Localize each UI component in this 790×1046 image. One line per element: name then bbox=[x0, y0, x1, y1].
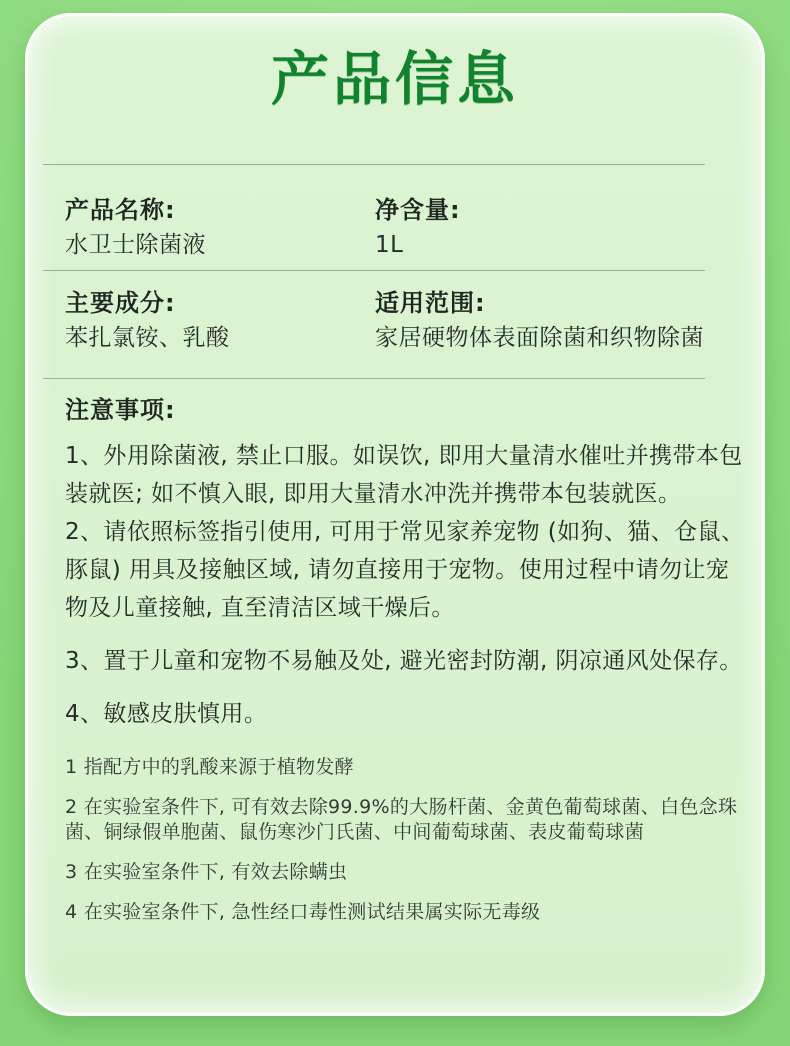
net-content-value: 1L bbox=[375, 228, 745, 263]
precaution-item-3: 3、置于儿童和宠物不易触及处, 避光密封防潮, 阴凉通风处保存。 bbox=[65, 642, 747, 680]
footnote-2: 2 在实验室条件下, 可有效去除99.9%的大肠杆菌、金黄色葡萄球菌、白色念珠菌… bbox=[65, 795, 745, 845]
footnote-1: 1 指配方中的乳酸来源于植物发酵 bbox=[65, 755, 745, 780]
product-name-label: 产品名称: bbox=[65, 193, 375, 228]
spec-main-ingredients: 主要成分: 苯扎氯铵、乳酸 bbox=[65, 286, 375, 356]
divider-middle bbox=[43, 270, 705, 271]
spec-applicable-scope: 适用范围: 家居硬物体表面除菌和织物除菌 bbox=[375, 286, 745, 356]
main-ingredients-value: 苯扎氯铵、乳酸 bbox=[65, 321, 375, 356]
precautions-list: 1、外用除菌液, 禁止口服。如误饮, 即用大量清水催吐并携带本包装就医; 如不慎… bbox=[65, 437, 747, 733]
footnote-4: 4 在实验室条件下, 急性经口毒性测试结果属实际无毒级 bbox=[65, 900, 745, 925]
page-title: 产品信息 bbox=[25, 43, 765, 115]
page-background: 产品信息 产品名称: 水卫士除菌液 净含量: 1L 主要成分: 苯扎氯铵、乳酸 … bbox=[0, 0, 790, 1046]
product-name-value: 水卫士除菌液 bbox=[65, 228, 375, 263]
applicable-scope-value: 家居硬物体表面除菌和织物除菌 bbox=[375, 321, 745, 356]
net-content-label: 净含量: bbox=[375, 193, 745, 228]
footnote-3: 3 在实验室条件下, 有效去除螨虫 bbox=[65, 860, 745, 885]
footnotes: 1 指配方中的乳酸来源于植物发酵 2 在实验室条件下, 可有效去除99.9%的大… bbox=[65, 755, 745, 940]
main-ingredients-label: 主要成分: bbox=[65, 286, 375, 321]
precaution-item-4: 4、敏感皮肤慎用。 bbox=[65, 695, 747, 733]
spec-net-content: 净含量: 1L bbox=[375, 193, 745, 263]
precautions-heading: 注意事项: bbox=[65, 395, 176, 425]
divider-bottom bbox=[43, 378, 705, 379]
spec-row-1: 产品名称: 水卫士除菌液 净含量: 1L bbox=[65, 193, 745, 263]
precaution-item-2: 2、请依照标签指引使用, 可用于常见家养宠物 (如狗、猫、仓鼠、豚鼠) 用具及接… bbox=[65, 513, 747, 627]
spec-product-name: 产品名称: 水卫士除菌液 bbox=[65, 193, 375, 263]
spec-row-2: 主要成分: 苯扎氯铵、乳酸 适用范围: 家居硬物体表面除菌和织物除菌 bbox=[65, 286, 745, 356]
precaution-item-1: 1、外用除菌液, 禁止口服。如误饮, 即用大量清水催吐并携带本包装就医; 如不慎… bbox=[65, 437, 747, 513]
applicable-scope-label: 适用范围: bbox=[375, 286, 745, 321]
divider-top bbox=[43, 164, 705, 165]
product-info-card: 产品信息 产品名称: 水卫士除菌液 净含量: 1L 主要成分: 苯扎氯铵、乳酸 … bbox=[25, 13, 765, 1016]
